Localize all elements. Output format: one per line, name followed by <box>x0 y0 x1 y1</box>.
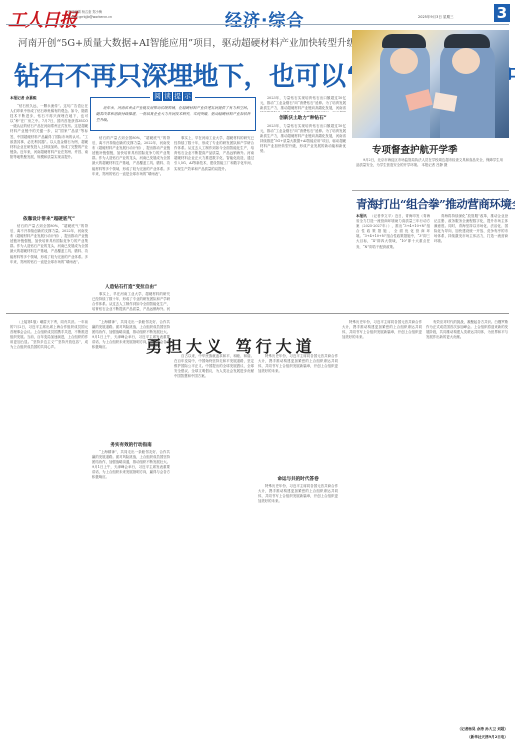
editor-email: E-mail:grrbjjb@workercn.cn <box>68 15 112 20</box>
commentary-subhead-1: 务实有效的行动指南 <box>92 442 170 448</box>
lead-subhead-2: 人造钻石打造“变拉自由” <box>92 284 170 290</box>
uniform-cap <box>444 34 490 48</box>
commentary-subhead-2: 命运与共的时代答卷 <box>258 476 338 482</box>
page-number-badge: 3 <box>494 4 510 22</box>
section-title: 经济·综合 <box>225 6 304 31</box>
lead-kicker: 河南开创“5G+质量大数据+AI智能应用”项目，驱动超硬材料产业加快转型升级 <box>18 35 356 49</box>
commentary-column-6: 有效应对时代的挑战，凝聚起各方共识。白俄罗斯作为正式成员国首次参加峰会。上合组织… <box>426 320 508 724</box>
lead-column-1b: 钻石的产量占到全国80%，“超硬底气”的背后，离不开持续创新的支撑力量。2022… <box>10 224 88 310</box>
newspaper-logo: 工人日报 <box>8 6 76 32</box>
side-column-2: 青海将持续深化“放管服”改革，推动企业登记注册、政务服务全流程数字化，提升市场主… <box>434 214 508 310</box>
inspection-photo <box>352 30 509 138</box>
product-box <box>433 92 457 112</box>
lead-column-4a: 2023年，力量钻石实现培育钻石出口额超过10亿元，推动“工业金刚石”向“消费钻… <box>260 96 346 112</box>
commentary-column-4a: 特殊历史年份，习近平主席同各国元首共商合作大计，携手推动构建更加紧密的上合组织命… <box>258 354 338 474</box>
inspector-face <box>390 48 418 74</box>
tip-char: 提 <box>173 92 182 101</box>
commentary-source: （新华社天津9月2日电） <box>426 735 508 740</box>
commentary-column-5: 特殊历史年份，习近平主席同各国元首共商合作大计，携手推动构建更加紧密的上合组织命… <box>342 320 422 744</box>
side-column-1: （记者李文平）近日，青海印发《青海省全力打造一流营商环境助力高质量三年行动方案（… <box>356 214 430 310</box>
lead-byline: 本报记者 余嘉熙 <box>10 96 36 101</box>
commentary-signature: （记者杨昊 余涛 孙大卫 刘超） <box>426 727 508 732</box>
side-headline: 青海打出“组合拳”推动营商环境全链条优化 <box>356 196 515 212</box>
section-divider <box>6 313 509 314</box>
reading-tip-title: 阅 读 提 示 <box>150 92 195 101</box>
commentary-column-4b: 特殊历史年份，习近平主席同各国元首共商合作大计，携手推动构建更加紧密的上合组织命… <box>258 484 338 744</box>
editor-info: 责任编辑 杨召奎 郑小梅 E-mail:grrbjjb@workercn.cn <box>68 10 112 19</box>
tip-char: 读 <box>163 92 172 101</box>
lead-subhead-3: 创新沃土助力“种钻石” <box>260 115 346 121</box>
lead-column-3: 事实上，早在河南工业大学，超硬材料的研究已经持续了数十年，形成了专业的研发团队和… <box>174 136 254 312</box>
lead-subhead-1: 依靠设计带来“超硬底气” <box>10 216 88 222</box>
inspector-face <box>452 48 480 74</box>
photo-title: 专项督查护航开学季 <box>372 142 458 156</box>
tip-char: 阅 <box>153 92 162 101</box>
lead-column-2b: 事实上，早在河南工业大学，超硬材料的研究已经持续了数十年，形成了专业的研发团队和… <box>92 292 170 312</box>
side-divider <box>352 190 509 191</box>
commentary-column-3: 自古以来，中华民族就追求和平、和睦、和谐。在百年变局中，中国始终坚持走和平发展道… <box>174 354 254 744</box>
lead-column-4: 2023年，力量钻石实现培育钻石出口额超过10亿元，推动“工业金刚石”向“消费钻… <box>260 124 346 312</box>
publication-date: 2025年9月3日 星期三 <box>418 15 453 20</box>
reading-tip-body: 近年来，河南省重点产业链发展带动传统领域，在超硬材料产业快速发展提供了有力和空间… <box>96 106 252 123</box>
masthead-divider <box>6 24 509 25</box>
lead-column-2: 钻石的产量占到全国80%，“超硬底气”的背后，离不开持续创新的支撑力量。2022… <box>92 136 170 282</box>
tip-char: 示 <box>183 92 192 101</box>
commentary-column-2a: “上海精神”，共同走出一条睦邻友好、合作共赢的发展道路。面对风险挑战，上合组织成… <box>92 320 170 440</box>
lead-column-1: “钻石恒久远，一颗永流传”。这句广告语让在人们印象中形成了钻石珍贵稀有的观念。如… <box>10 104 88 214</box>
photo-credit: 本报记者 吕静 摄 <box>422 163 448 167</box>
photo-caption: 9月2日，北京市海淀区市场监管局执法人员在学校周边超市检查文具和食品安全，保障学… <box>356 158 506 168</box>
commentary-column-1: （上接第1版）峨眉天下秀，同舟共济。一年前的7月2日，习近平主席出席上海合作组织… <box>10 320 88 744</box>
commentary-column-2b: “上海精神”，共同走出一条睦邻友好、合作共赢的发展道路。面对风险挑战，上合组织成… <box>92 450 170 744</box>
uniform-cap <box>382 34 426 48</box>
